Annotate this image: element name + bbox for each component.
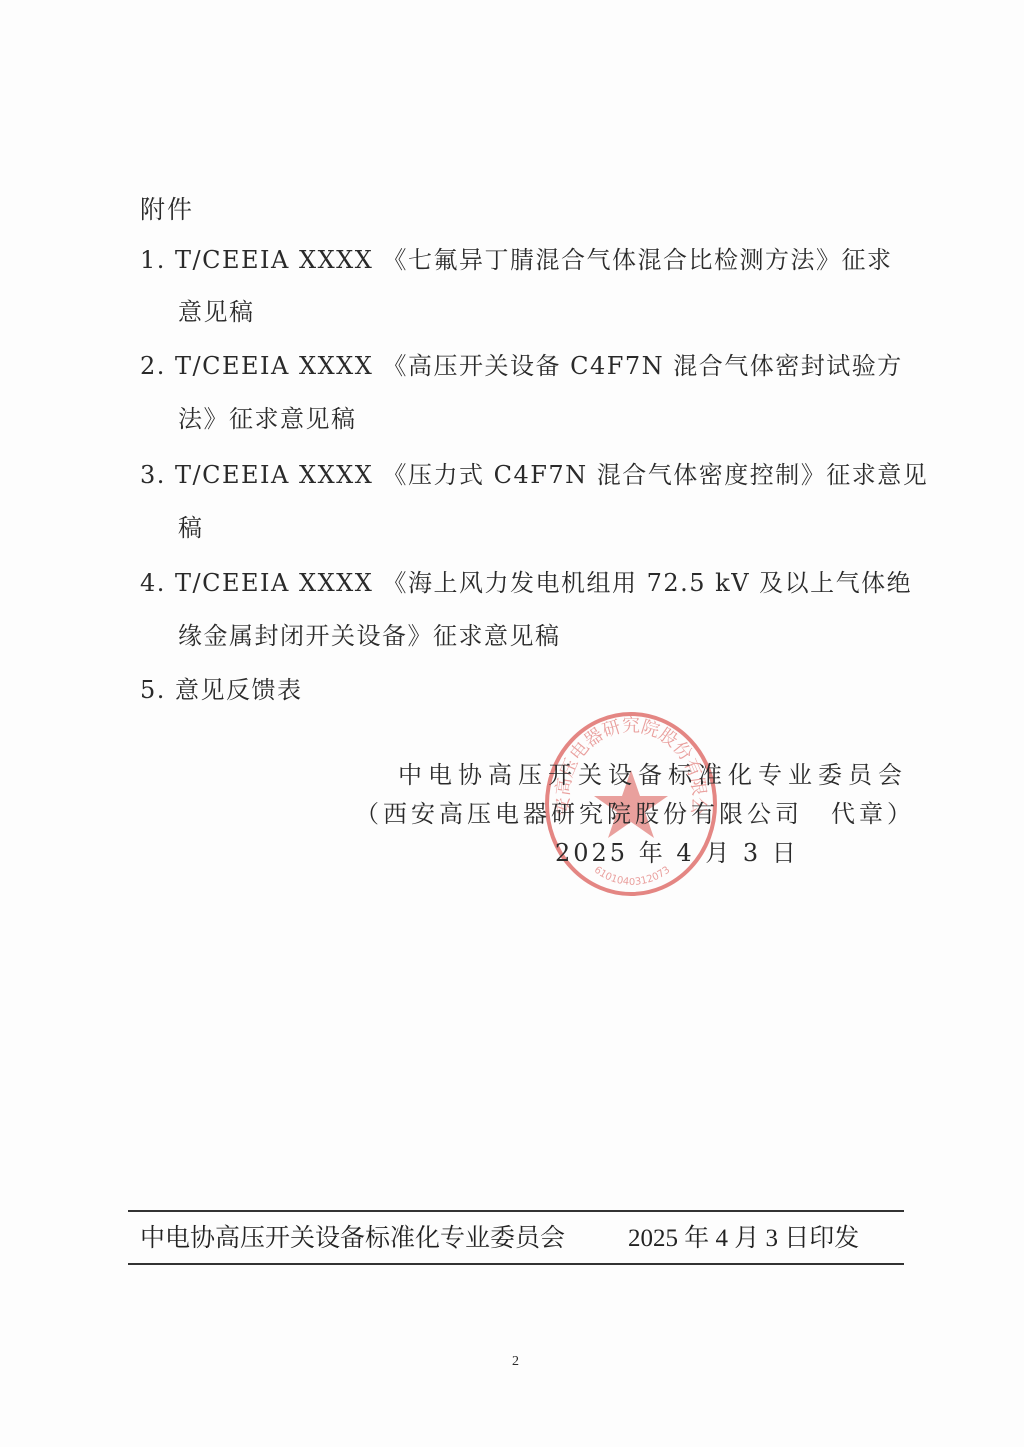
attachment-number: 1. — [140, 246, 166, 274]
attachment-item-2-line1: 2. T/CEEIA XXXX 《高压开关设备 C4F7N 混合气体密封试验方 — [140, 346, 903, 381]
svg-text:6101040312073: 6101040312073 — [592, 865, 672, 888]
attachment-number: 4. — [140, 569, 166, 597]
attachment-number: 5. — [140, 676, 166, 704]
page-number: 2 — [512, 1354, 519, 1370]
attachment-title: 意见反馈表 — [175, 676, 303, 704]
attachment-item-3-line2: 稿 — [178, 508, 204, 543]
attachment-number: 2. — [140, 352, 166, 380]
signature-org: 中电协高压开关设备标准化专业委员会 — [398, 755, 908, 790]
attachment-item-2-line2: 法》征求意见稿 — [178, 399, 357, 434]
attachment-title: T/CEEIA XXXX 《七氟异丁腈混合气体混合比检测方法》征求 — [175, 246, 892, 274]
attachment-item-4-line2: 缘金属封闭开关设备》征求意见稿 — [178, 616, 561, 651]
attachment-item-4-line1: 4. T/CEEIA XXXX 《海上风力发电机组用 72.5 kV 及以上气体… — [140, 563, 912, 598]
footer-top-rule — [128, 1210, 904, 1212]
document-page: 附件 1. T/CEEIA XXXX 《七氟异丁腈混合气体混合比检测方法》征求 … — [0, 0, 1024, 1447]
attachment-item-5: 5. 意见反馈表 — [140, 670, 303, 705]
footer-bottom-rule — [128, 1263, 904, 1265]
attachment-number: 3. — [140, 461, 166, 489]
attachment-title: T/CEEIA XXXX 《海上风力发电机组用 72.5 kV 及以上气体绝 — [175, 569, 912, 597]
footer-issuer: 中电协高压开关设备标准化专业委员会 — [140, 1218, 565, 1254]
signature-proxy: （西安高压电器研究院股份有限公司 代章） — [355, 794, 915, 829]
signature-date: 2025 年 4 月 3 日 — [555, 833, 799, 868]
attachment-item-1-line2: 意见稿 — [178, 292, 255, 327]
attachment-item-3-line1: 3. T/CEEIA XXXX 《压力式 C4F7N 混合气体密度控制》征求意见 — [140, 455, 928, 490]
attachment-item-1-line1: 1. T/CEEIA XXXX 《七氟异丁腈混合气体混合比检测方法》征求 — [140, 240, 892, 275]
footer-issued-date: 2025 年 4 月 3 日印发 — [628, 1218, 859, 1254]
attachments-heading: 附件 — [140, 190, 194, 226]
attachment-title: T/CEEIA XXXX 《高压开关设备 C4F7N 混合气体密封试验方 — [175, 352, 903, 380]
attachment-title: T/CEEIA XXXX 《压力式 C4F7N 混合气体密度控制》征求意见 — [175, 461, 928, 489]
